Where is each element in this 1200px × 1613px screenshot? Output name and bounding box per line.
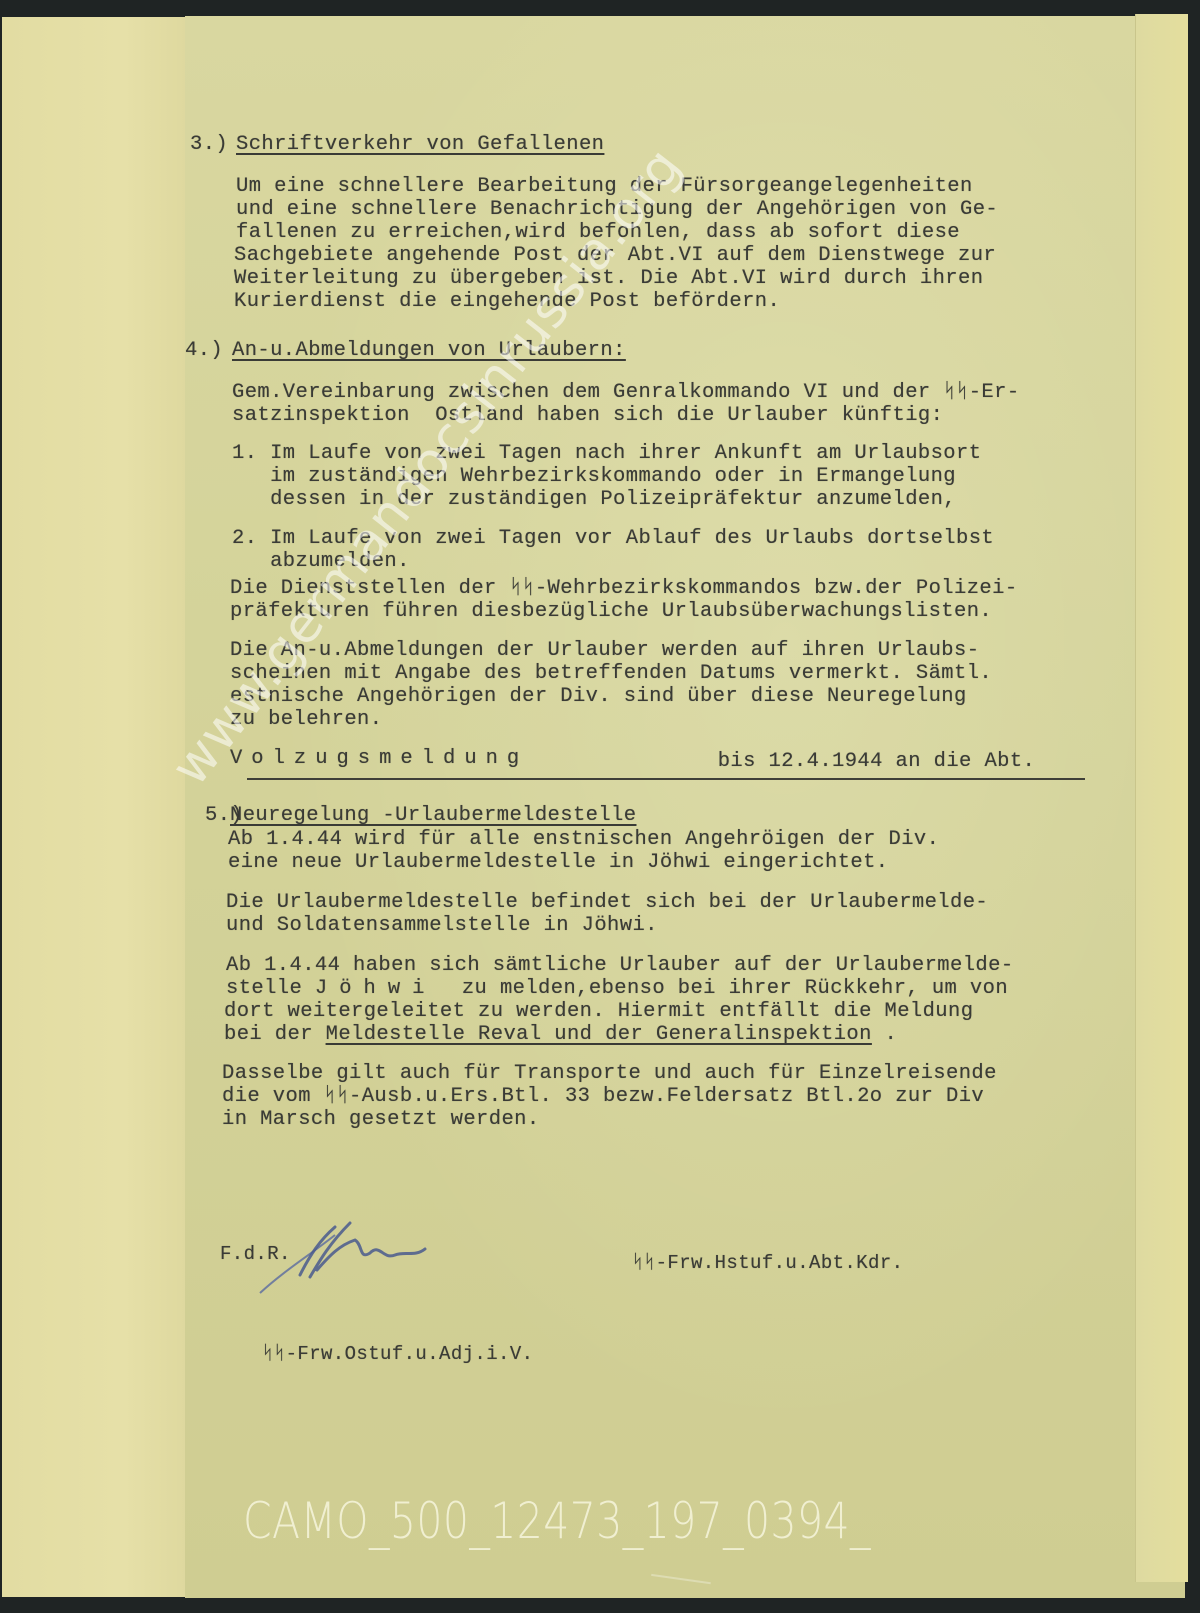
section-3-line-6: Kurierdienst die eingehende Post beförde… — [234, 291, 780, 313]
section-4-intro-2: satzinspektion Ostland haben sich die Ur… — [232, 405, 943, 427]
section-5-para-3-line-2: stelle Jöhwi zu melden,ebenso bei ihrer … — [226, 978, 1008, 1000]
section-5-title: Neuregelung -Urlaubermeldestelle — [230, 805, 636, 827]
section-5-para-4-line-3: in Marsch gesetzt werden. — [222, 1109, 540, 1131]
adjutant-title: ᛋᛋ-Frw.Ostuf.u.Adj.i.V. — [262, 1343, 533, 1365]
section-4-marker: 4.) — [185, 340, 223, 362]
section-5-para-3-line-4: bei der Meldestelle Reval und der Genera… — [224, 1024, 897, 1046]
section-3-title: Schriftverkehr von Gefallenen — [236, 134, 604, 156]
bei-der-text: bei der — [224, 1023, 326, 1046]
commander-title: ᛋᛋ-Frw.Hstuf.u.Abt.Kdr. — [632, 1252, 903, 1274]
melden-text: zu melden,ebenso bei ihrer Rückkehr, um … — [436, 977, 1008, 1000]
section-4-para-2-line-2: scheinen mit Angabe des betreffenden Dat… — [230, 663, 992, 685]
section-4-para-2-line-3: estnische Angehörigen der Div. sind über… — [230, 686, 967, 708]
section-5-para-1-line-2: eine neue Urlaubermeldestelle in Jöhwi e… — [228, 852, 889, 874]
joehwi-spaced: Jöhwi — [315, 977, 437, 1000]
archive-id-label: CAMO_500_12473_197_0394_ — [243, 1492, 871, 1550]
period-text: . — [872, 1023, 897, 1046]
vollzugsmeldung-label: Volzugsmeldung — [230, 748, 528, 770]
section-4-para-2-line-1: Die An-u.Abmeldungen der Urlauber werden… — [230, 640, 979, 662]
stelle-text: stelle — [226, 977, 315, 1000]
section-3-marker: 3.) — [190, 134, 228, 156]
vollzugsmeldung-underline — [247, 778, 1085, 780]
section-4-intro-1: Gem.Vereinbarung zwischen dem Genralkomm… — [232, 382, 1020, 404]
handwritten-signature — [255, 1215, 445, 1295]
section-4-item-1-line-2: im zuständigen Wehrbezirkskommando oder … — [232, 466, 956, 488]
right-paper-strip — [1135, 14, 1188, 1582]
section-5-para-4-line-1: Dasselbe gilt auch für Transporte und au… — [222, 1063, 997, 1085]
section-5-para-3-line-1: Ab 1.4.44 haben sich sämtliche Urlauber … — [226, 955, 1014, 977]
section-5-para-1-line-1: Ab 1.4.44 wird für alle enstnischen Ange… — [228, 829, 939, 851]
section-5-para-2-line-2: und Soldatensammelstelle in Jöhwi. — [226, 915, 658, 937]
vollzugsmeldung-deadline: bis 12.4.1944 an die Abt. — [705, 751, 1035, 773]
section-5-para-2-line-1: Die Urlaubermeldestelle befindet sich be… — [226, 892, 988, 914]
section-5-para-4-line-2: die vom ᛋᛋ-Ausb.u.Ers.Btl. 33 bezw.Felde… — [222, 1086, 984, 1108]
section-4-item-1-line-3: dessen in der zuständigen Polizeipräfekt… — [232, 489, 956, 511]
meldestelle-underlined: Meldestelle Reval und der Generalinspekt… — [326, 1023, 872, 1046]
section-4-item-1-line-1: 1. Im Laufe von zwei Tagen nach ihrer An… — [232, 443, 981, 465]
left-paper-strip — [2, 17, 205, 1597]
section-4-title: An-u.Abmeldungen von Urlaubern: — [232, 340, 626, 362]
section-5-para-3-line-3: dort weitergeleitet zu werden. Hiermit e… — [224, 1001, 973, 1023]
